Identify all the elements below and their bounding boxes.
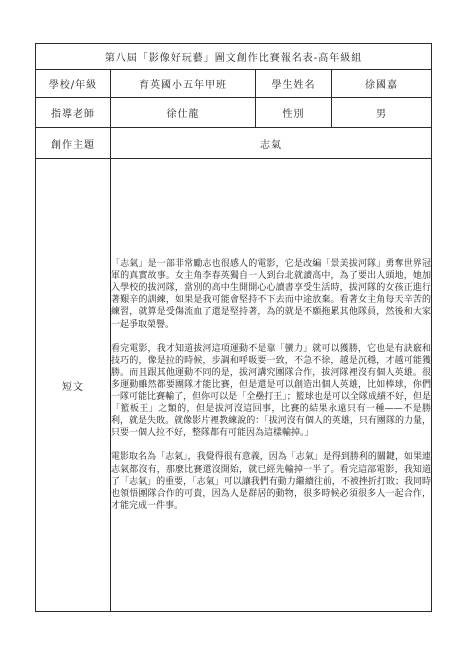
teacher-value: 徐仕龍	[111, 98, 256, 128]
school-grade-label: 學校/年級	[36, 70, 111, 98]
title-row: 第八屆「影像好玩藝」圖文創作比賽報名表-高年級組	[36, 44, 432, 70]
essay-row: 短文 「志氣」是一部非常勵志也很感人的電影，它是改編「景美拔河隊」勇奪世界冠軍的…	[36, 159, 432, 612]
registration-form-table: 第八屆「影像好玩藝」圖文創作比賽報名表-高年級組 學校/年級 育英國小五年甲班 …	[35, 43, 432, 612]
essay-paragraph-1: 「志氣」是一部非常勵志也很感人的電影，它是改編「景美拔河隊」勇奪世界冠軍的真實故…	[111, 258, 431, 331]
student-name-label: 學生姓名	[256, 70, 332, 98]
teacher-gender-row: 指導老師 徐仕龍 性別 男	[36, 98, 432, 128]
school-student-row: 學校/年級 育英國小五年甲班 學生姓名 徐國嘉	[36, 70, 432, 98]
essay-paragraph-3: 電影取名為「志氣」，我覺得很有意義，因為「志氣」是得到勝利的關鍵，如果連志氣都沒…	[111, 451, 431, 511]
essay-label: 短文	[36, 159, 111, 612]
essay-cell: 「志氣」是一部非常勵志也很感人的電影，它是改編「景美拔河隊」勇奪世界冠軍的真實故…	[111, 159, 432, 612]
teacher-label: 指導老師	[36, 98, 111, 128]
student-name-value: 徐國嘉	[332, 70, 432, 98]
gender-label: 性別	[256, 98, 332, 128]
topic-row: 創作主題 志氣	[36, 128, 432, 159]
school-grade-value: 育英國小五年甲班	[111, 70, 256, 98]
topic-label: 創作主題	[36, 128, 111, 159]
document-page: 第八屆「影像好玩藝」圖文創作比賽報名表-高年級組 學校/年級 育英國小五年甲班 …	[0, 0, 458, 648]
form-title: 第八屆「影像好玩藝」圖文創作比賽報名表-高年級組	[36, 44, 432, 70]
essay-paragraph-2: 看完電影，我才知道拔河這項運動不是靠「蠻力」就可以獲勝，它也是有訣竅和技巧的，像…	[111, 343, 431, 440]
gender-value: 男	[332, 98, 432, 128]
topic-value: 志氣	[111, 128, 432, 159]
essay-body: 「志氣」是一部非常勵志也很感人的電影，它是改編「景美拔河隊」勇奪世界冠軍的真實故…	[111, 258, 431, 512]
